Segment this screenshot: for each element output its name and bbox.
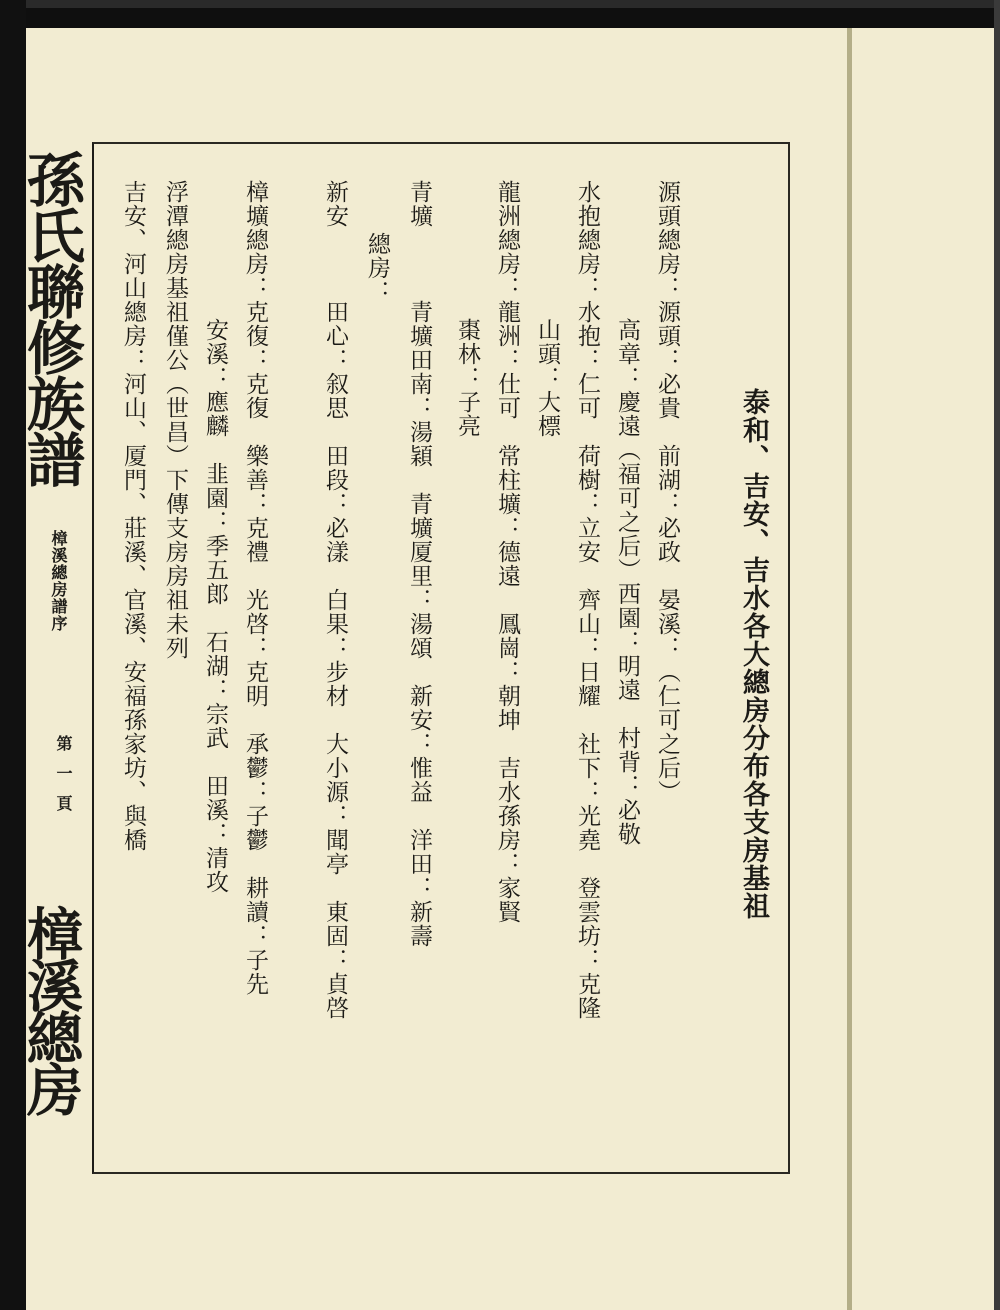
text-column-12: 吉安、河山總房：河山、厦門、莊溪、官溪、安福孫家坊、與橋 — [118, 180, 148, 852]
text-column-shared: 總房： — [362, 232, 392, 304]
document-heading: 泰和、吉安、吉水各大總房分布各支房基祖 — [738, 388, 768, 920]
scan-right-border — [994, 0, 1000, 1310]
text-column-2: 高章：慶遠（福可之后）西園：明遠 村背：必敬 — [612, 318, 642, 846]
text-column-3: 水抱總房：水抱：仁可 荷樹：立安 齊山：日耀 社下：光堯 登雲坊：克隆 — [572, 180, 602, 1020]
scan-top-edge — [0, 0, 1000, 8]
branch-title: 樟溪總房 — [22, 905, 80, 1113]
text-column-4: 山頭：大標 — [532, 318, 562, 438]
text-column-1: 源頭總房：源頭：必貴 前湖：必政 晏溪：（仁可之后） — [652, 180, 682, 804]
page-fold-line — [847, 28, 852, 1310]
text-column-11: 浮潭總房基祖僅公（世昌）下傳支房房祖未列 — [160, 180, 190, 660]
text-column-7: 青壙 青壙田南：湯穎 青壙厦里：湯頌 新安：惟益 洋田：新壽 — [404, 180, 434, 948]
text-column-9: 樟壙總房：克復：克復 樂善：克禮 光啓：克明 承鬱：子鬱 耕讀：子先 — [240, 180, 270, 996]
text-column-5: 龍洲總房：龍洲：仕可 常柱壙：德遠 鳳崗：朝坤 吉水孫房：家賢 — [492, 180, 522, 924]
page-number: 第一頁 — [52, 735, 75, 825]
section-label: 樟溪總房譜序 — [48, 530, 68, 632]
text-column-10: 安溪：應麟 韭園：季五郎 石湖：宗武 田溪：清攻 — [200, 318, 230, 894]
text-column-6: 棗林：子亮 — [452, 318, 482, 438]
text-column-8: 新安 田心：叙思 田段：必漾 白果：步材 大小源：聞亭 東固：貞啓 — [320, 180, 350, 1020]
book-title: 孫氏聯修族譜 — [22, 150, 80, 486]
text-frame — [92, 142, 790, 1174]
